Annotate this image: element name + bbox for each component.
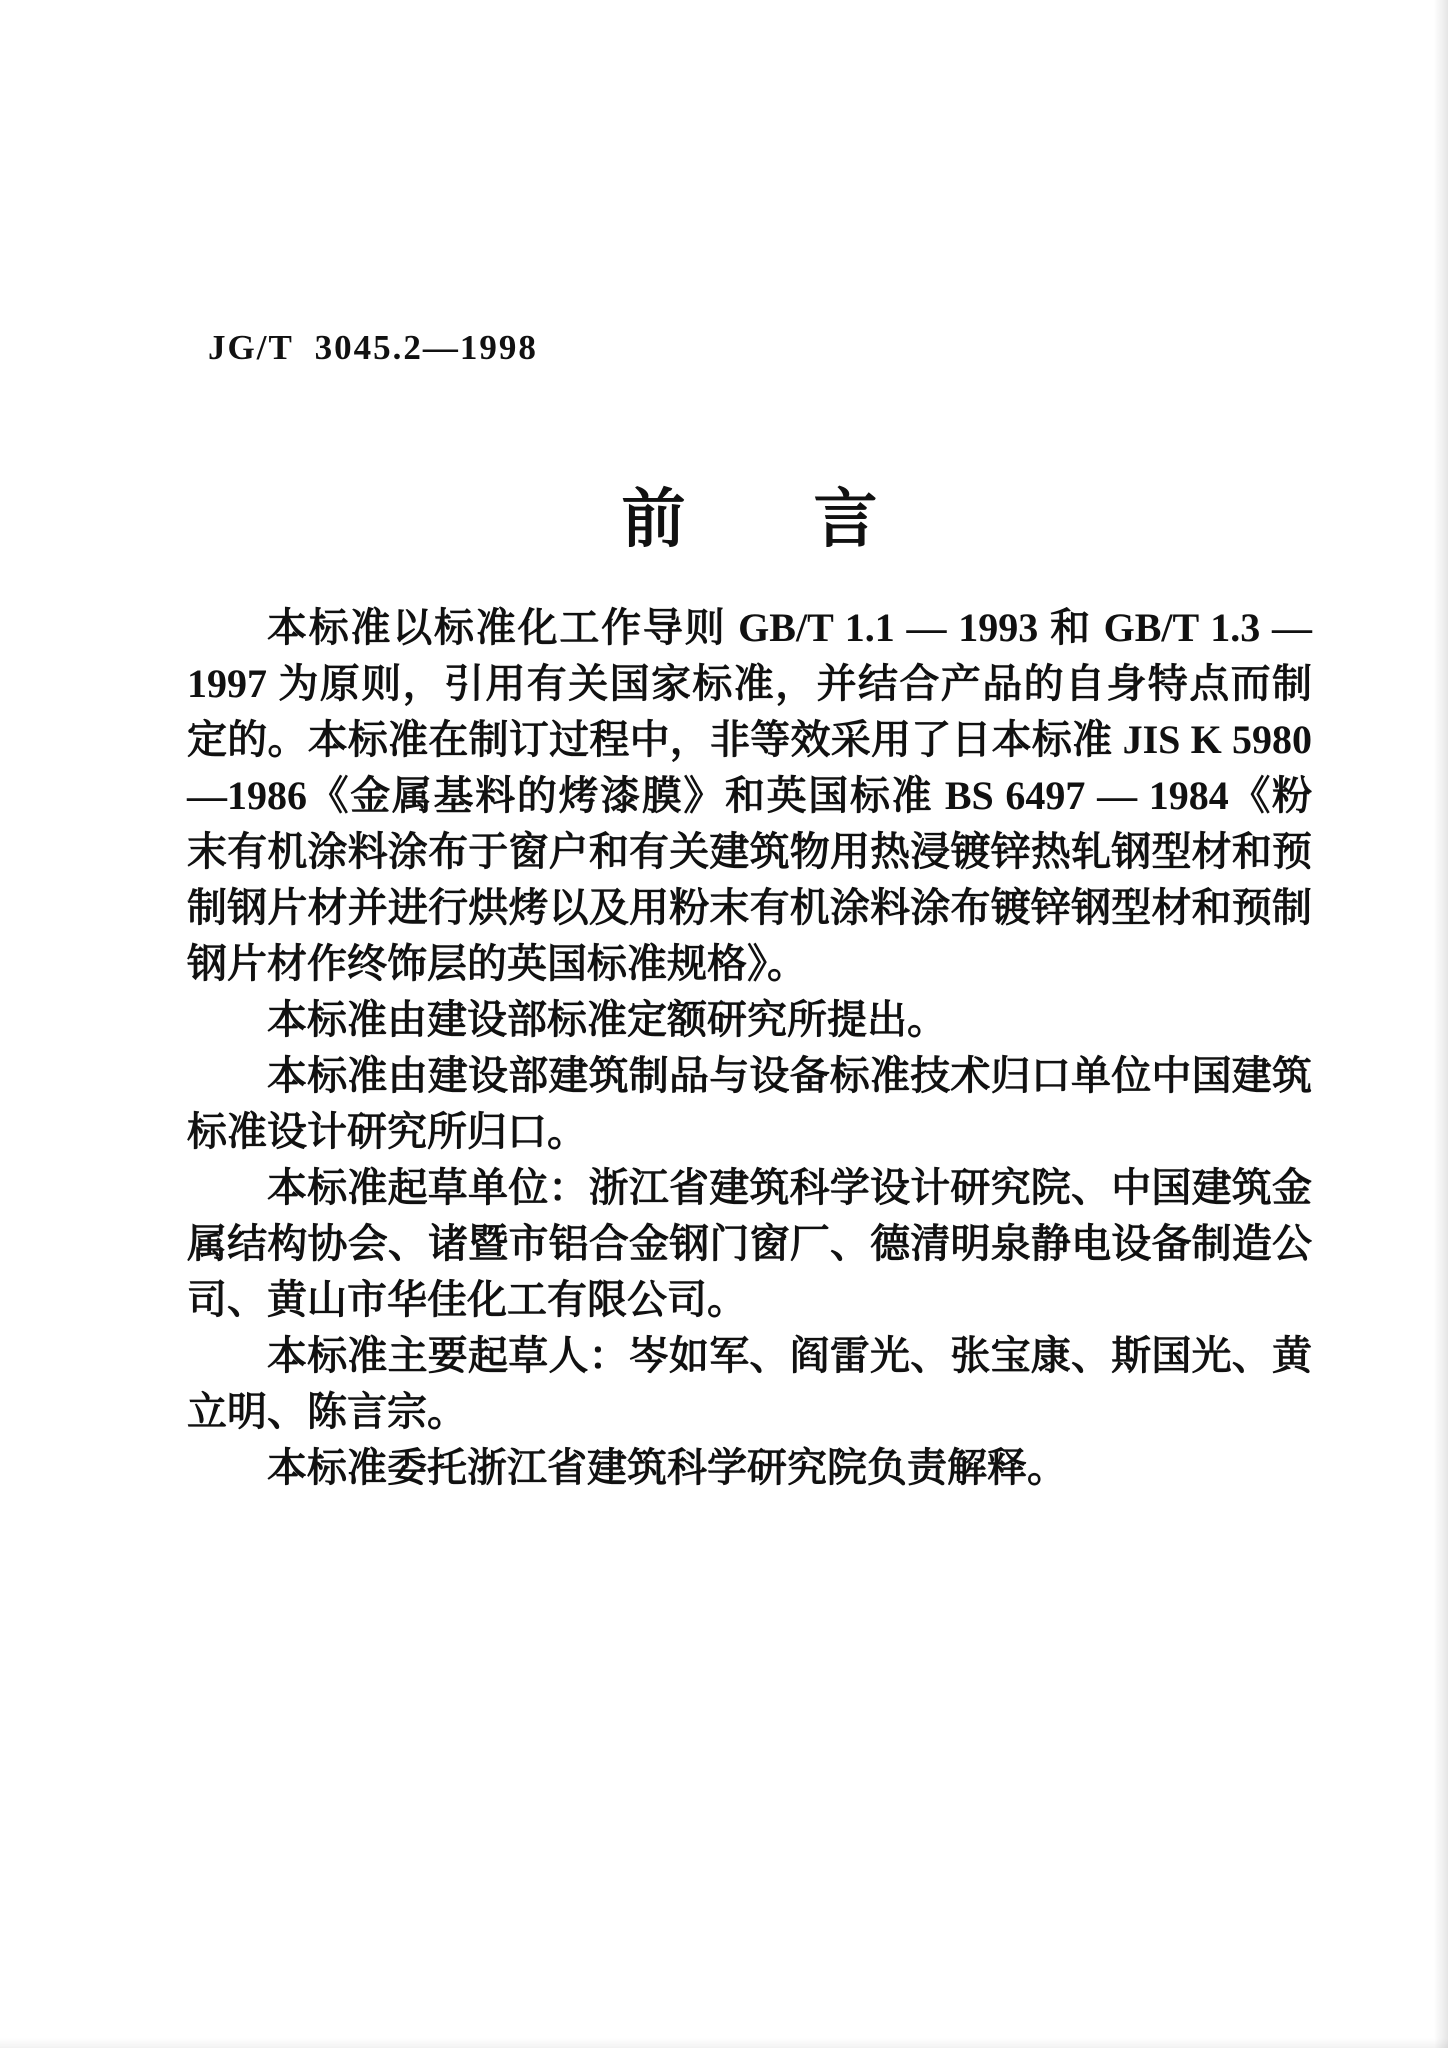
- paragraph-intro: 本标准以标准化工作导则 GB/T 1.1 — 1993 和 GB/T 1.3 —…: [187, 600, 1312, 992]
- page-title: 前 言: [187, 482, 1312, 559]
- paragraph-main-drafters: 本标准主要起草人：岑如军、阎雷光、张宝康、斯国光、黄立明、陈言宗。: [187, 1328, 1312, 1440]
- paragraph-proposed-by: 本标准由建设部标准定额研究所提出。: [187, 992, 1312, 1048]
- paragraph-drafting-organizations: 本标准起草单位：浙江省建筑科学设计研究院、中国建筑金属结构协会、诸暨市铝合金钢门…: [187, 1160, 1312, 1328]
- standard-number: JG/T 3045.2—1998: [208, 328, 538, 368]
- document-page: JG/T 3045.2—1998 前 言 本标准以标准化工作导则 GB/T 1.…: [0, 0, 1448, 2048]
- paragraph-interpretation: 本标准委托浙江省建筑科学研究院负责解释。: [187, 1440, 1312, 1496]
- foreword-body: 本标准以标准化工作导则 GB/T 1.1 — 1993 和 GB/T 1.3 —…: [187, 600, 1312, 1496]
- paragraph-centralized-by: 本标准由建设部建筑制品与设备标准技术归口单位中国建筑标准设计研究所归口。: [187, 1048, 1312, 1160]
